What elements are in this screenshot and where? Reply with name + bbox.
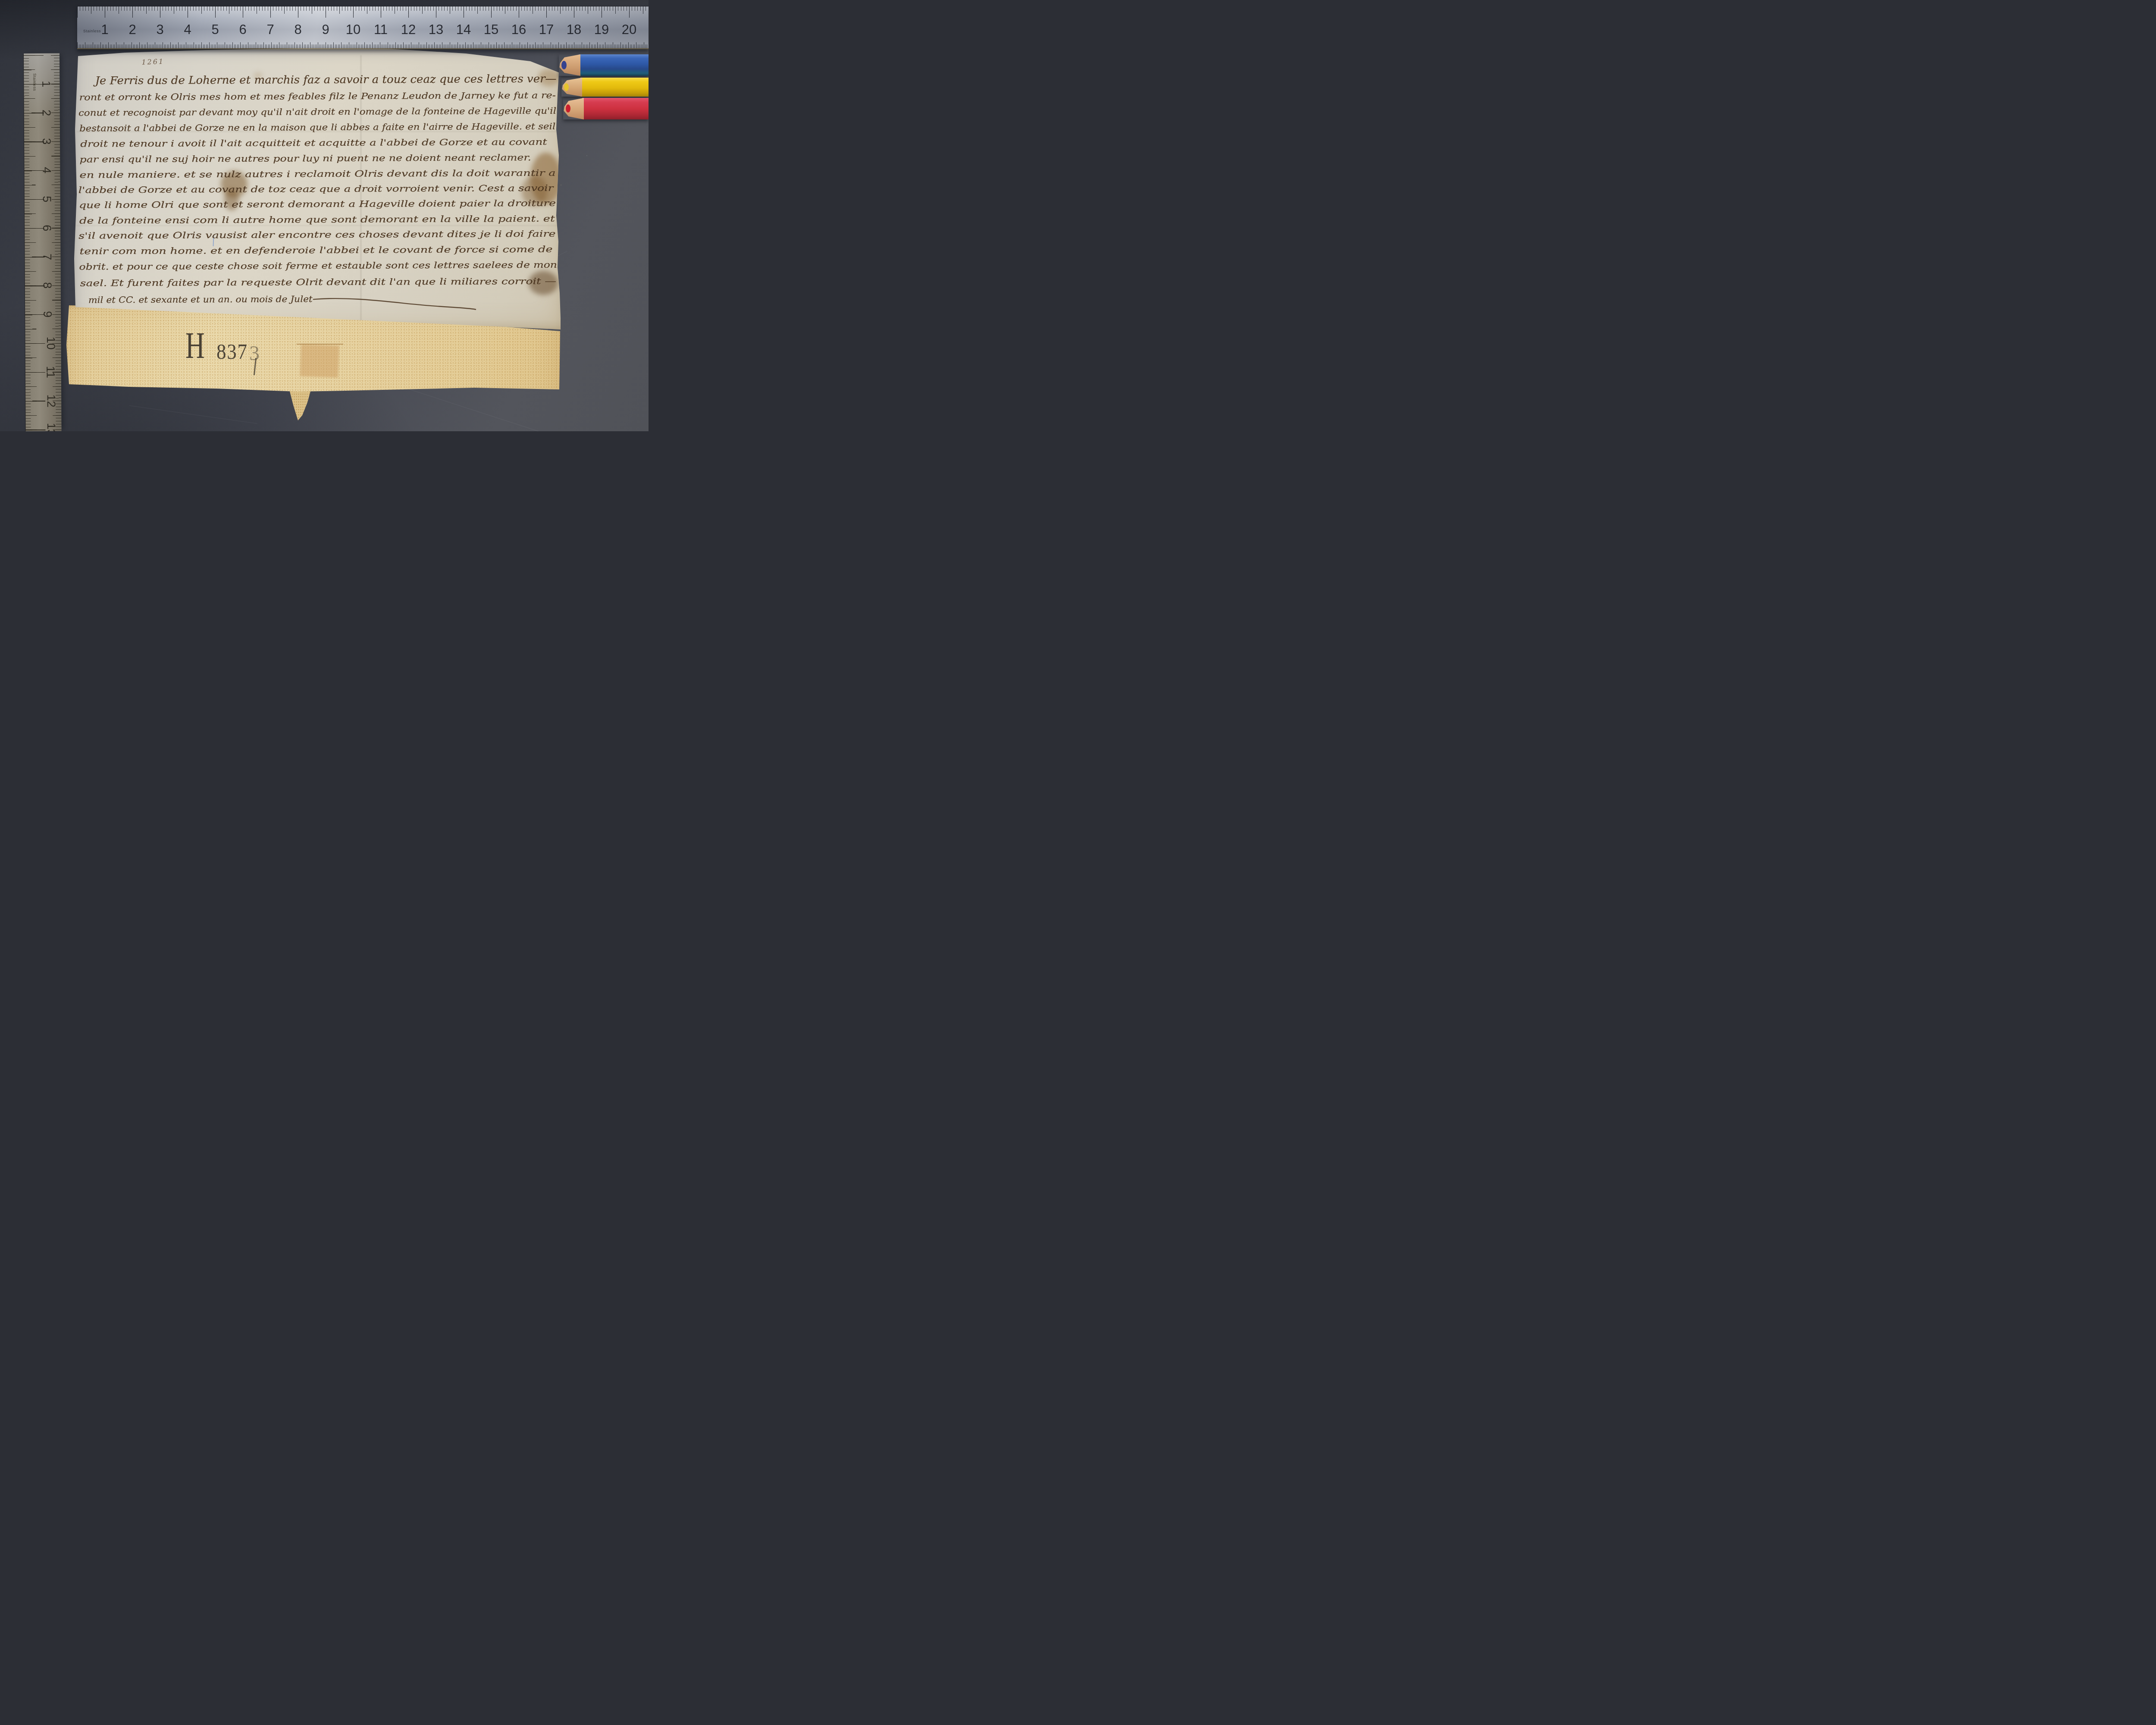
red-pencil-body <box>582 98 649 119</box>
blue-pencil-core <box>561 61 567 69</box>
ruler-number: 1 <box>101 22 108 38</box>
photo: 1261 Je Ferris dus de Loherne et marchis… <box>0 0 649 431</box>
ruler-number: 2 <box>128 22 136 38</box>
horizontal-fold-crease <box>77 131 558 132</box>
ruler-number: 20 <box>622 22 636 38</box>
ruler-shadow <box>77 48 649 53</box>
ruler-number: 11 <box>44 366 57 378</box>
ruler-number: 4 <box>40 167 53 173</box>
blue-pencil <box>559 54 649 76</box>
ruler-number: 4 <box>184 22 191 38</box>
yellow-pencil <box>561 78 649 97</box>
ruler-number: 6 <box>239 22 246 38</box>
ruler-number: 7 <box>40 254 53 260</box>
ruler-number: 10 <box>44 337 57 350</box>
ruler-number: 3 <box>156 22 163 38</box>
yellow-pencil-core <box>564 83 569 91</box>
ruler-number: 9 <box>41 311 54 317</box>
ruler-number: 11 <box>374 22 388 38</box>
vertical-fold-crease <box>360 55 361 331</box>
ruler-number: 17 <box>539 22 554 38</box>
ruler-number: 18 <box>567 22 581 38</box>
repair-patch <box>300 344 339 377</box>
red-pencil-core <box>566 104 570 113</box>
edge-stain-large <box>522 176 548 206</box>
ruler-number: 10 <box>346 22 360 38</box>
ruler-number: 13 <box>429 22 443 38</box>
ruler-number: 5 <box>211 22 219 38</box>
stamp-overstruck-digit: 3 <box>249 342 260 365</box>
ruler-brand-label: Stainless <box>32 73 37 91</box>
stamp-number: 837 <box>216 341 248 362</box>
horizontal-fold-crease <box>76 225 558 226</box>
ruler-number: 2 <box>40 110 53 116</box>
ruler-number: 14 <box>456 22 471 38</box>
ruler-brand-label: Stainless <box>83 29 101 33</box>
stamp-letter: H <box>185 327 205 364</box>
ruler-number: 16 <box>511 22 526 38</box>
vertical-ruler: Stainless 12345678910111213 <box>23 53 62 431</box>
horizontal-ruler: Stainless 123456789101112131415161718192… <box>77 6 649 49</box>
ruler-number: 7 <box>266 22 274 38</box>
parchment-charter <box>72 47 564 331</box>
ruler-number: 12 <box>44 394 58 407</box>
blue-pencil-body <box>579 54 649 76</box>
ruler-number: 6 <box>40 225 53 231</box>
ruler-number: 3 <box>40 138 53 145</box>
yellow-pencil-body <box>580 78 649 97</box>
small-stain <box>254 72 262 78</box>
ruler-number: 8 <box>41 282 54 289</box>
ruler-number: 5 <box>40 196 53 202</box>
ruler-number: 13 <box>44 423 58 431</box>
ruler-number: 8 <box>294 22 301 38</box>
ruler-number: 15 <box>484 22 498 38</box>
edge-stain-lower <box>529 271 558 295</box>
ruler-number: 9 <box>322 22 329 38</box>
background-scratch <box>129 405 257 424</box>
repair-patch-outline <box>297 344 343 345</box>
ruler-number: 12 <box>401 22 416 38</box>
red-pencil <box>563 98 649 119</box>
ruler-number: 1 <box>39 81 53 87</box>
manuscript-lines: Je Ferris dus de Loherne et marchis faz … <box>0 0 648 1</box>
ruler-number: 19 <box>594 22 609 38</box>
ink-stain <box>224 189 239 210</box>
corner-stain <box>538 69 560 86</box>
